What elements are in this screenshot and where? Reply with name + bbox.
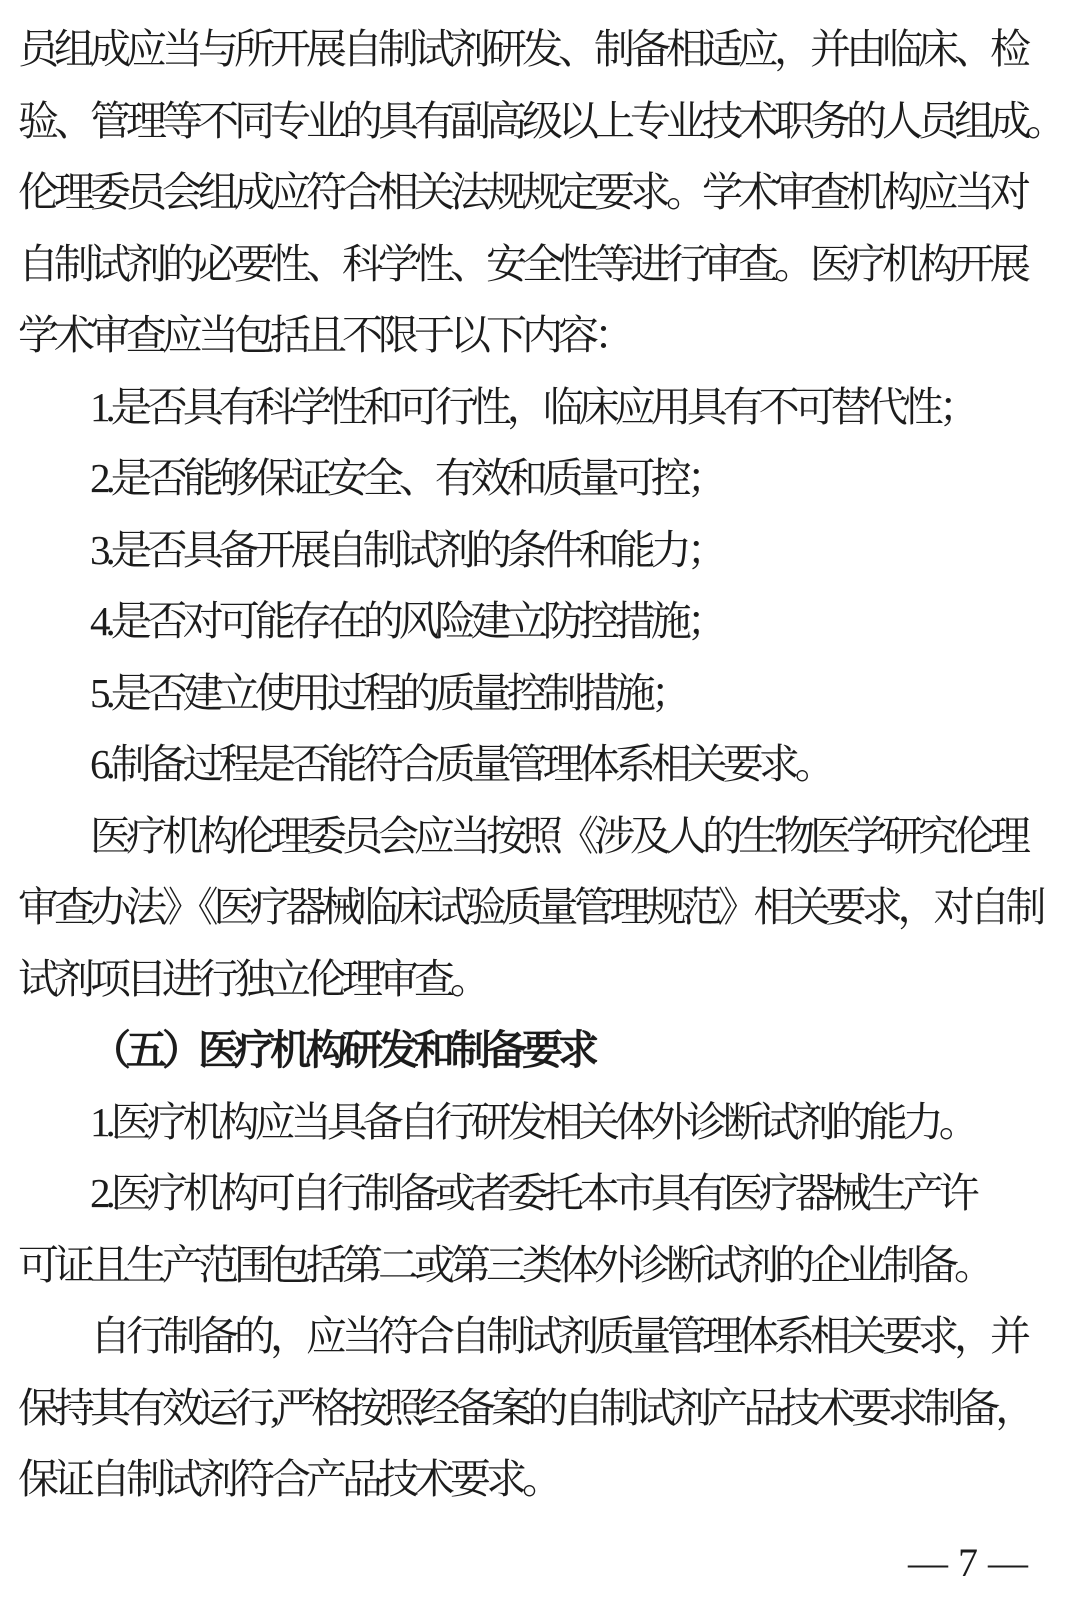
list-item: 4.是否对可能存在的风险建立防控措施； (18, 586, 1058, 658)
list-item: 3.是否具备开展自制试剂的条件和能力； (18, 515, 1058, 587)
list-item: 1.医疗机构应当具备自行研发相关体外诊断试剂的能力。 (18, 1087, 1058, 1159)
body-line: 验、管理等不同专业的具有副高级以上专业技术职务的人员组成。 (18, 86, 1058, 158)
body-line: 医疗机构伦理委员会应当按照《涉及人的生物医学研究伦理 (18, 801, 1058, 873)
document-body: 员组成应当与所开展自制试剂研发、制备相适应，并由临床、检 验、管理等不同专业的具… (18, 14, 1058, 1516)
body-line: 员组成应当与所开展自制试剂研发、制备相适应，并由临床、检 (18, 14, 1058, 86)
body-line: 伦理委员会组成应符合相关法规规定要求。学术审查机构应当对 (18, 157, 1058, 229)
list-item: 2.是否能够保证安全、有效和质量可控； (18, 443, 1058, 515)
body-line: 保证自制试剂符合产品技术要求。 (18, 1444, 1058, 1516)
body-line: 学术审查应当包括且不限于以下内容： (18, 300, 1058, 372)
body-line: 试剂项目进行独立伦理审查。 (18, 944, 1058, 1016)
body-line: 可证且生产范围包括第二或第三类体外诊断试剂的企业制备。 (18, 1230, 1058, 1302)
list-item: 6.制备过程是否能符合质量管理体系相关要求。 (18, 729, 1058, 801)
body-line: 保持其有效运行,严格按照经备案的自制试剂产品技术要求制备， (18, 1373, 1058, 1445)
document-page: 员组成应当与所开展自制试剂研发、制备相适应，并由临床、检 验、管理等不同专业的具… (0, 0, 1080, 1597)
list-item: 1.是否具有科学性和可行性，临床应用具有不可替代性； (18, 372, 1058, 444)
list-item: 2.医疗机构可自行制备或者委托本市具有医疗器械生产许 (18, 1158, 1058, 1230)
section-heading: （五）医疗机构研发和制备要求 (18, 1015, 1058, 1087)
page-number: — 7 — (908, 1541, 1028, 1585)
body-line: 自行制备的，应当符合自制试剂质量管理体系相关要求，并 (18, 1301, 1058, 1373)
body-line: 自制试剂的必要性、科学性、安全性等进行审查。医疗机构开展 (18, 229, 1058, 301)
list-item: 5.是否建立使用过程的质量控制措施； (18, 658, 1058, 730)
body-line: 审查办法》《医疗器械临床试验质量管理规范》相关要求，对自制 (18, 872, 1058, 944)
